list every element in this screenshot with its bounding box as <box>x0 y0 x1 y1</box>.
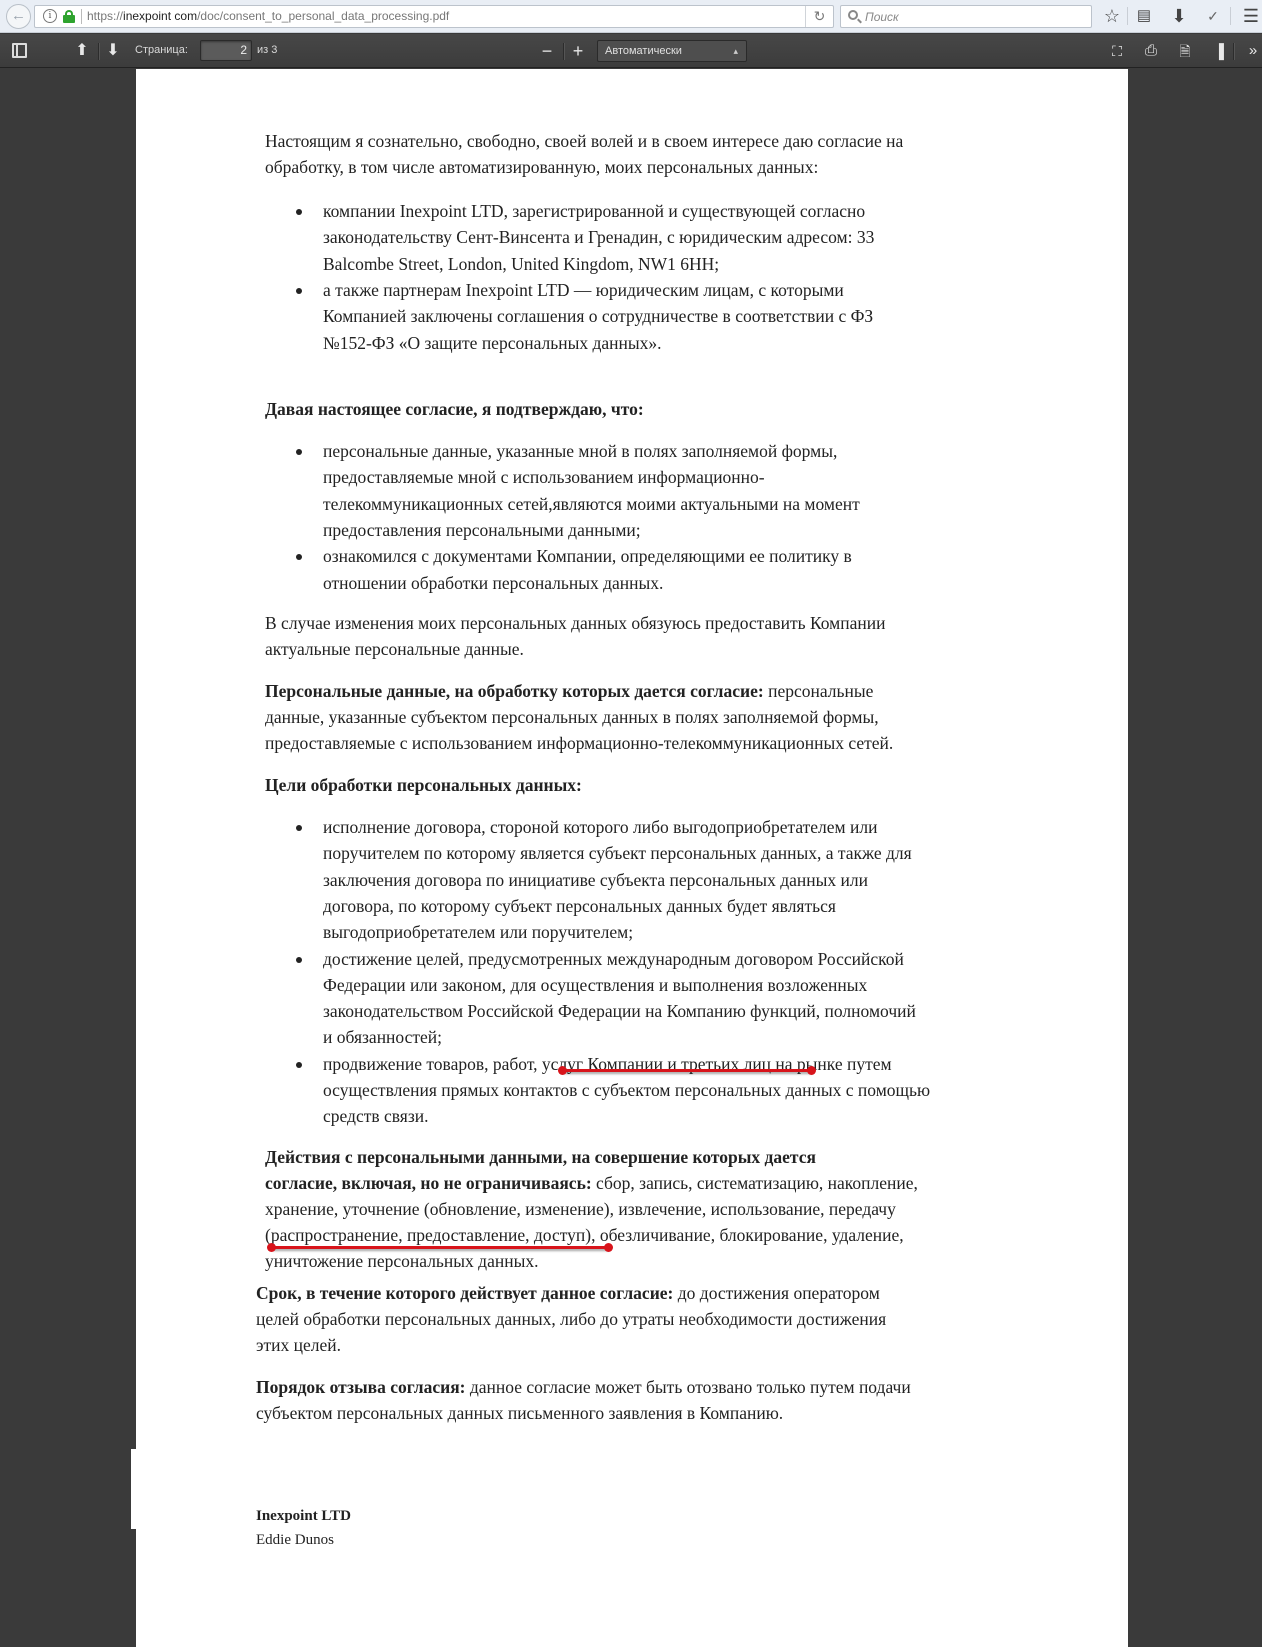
list-item: достижение целей, предусмотренных междун… <box>323 946 904 973</box>
list-item: Balcombe Street, London, United Kingdom,… <box>323 251 719 278</box>
list-item: отношении обработки персональных данных. <box>323 570 663 597</box>
list-item: исполнение договора, стороной которого л… <box>323 814 877 841</box>
pdf-viewer[interactable]: Настоящим я сознательно, свободно, своей… <box>0 69 1262 1647</box>
signature-name: Eddie Dunos <box>256 1532 334 1549</box>
pdf-page: Настоящим я сознательно, свободно, своей… <box>136 69 1128 1647</box>
menu-icon[interactable]: ☰ <box>1240 5 1262 27</box>
previous-page-icon[interactable]: ⬆ <box>72 41 92 61</box>
list-item: поручителем по которому является субъект… <box>323 840 912 867</box>
zoom-in-button[interactable]: + <box>568 41 588 61</box>
divider <box>563 43 564 60</box>
paragraph-text: Персональные данные, на обработку которы… <box>265 678 873 705</box>
lock-icon <box>63 10 75 23</box>
divider <box>98 43 99 60</box>
paragraph-text: уничтожение персональных данных. <box>265 1248 538 1275</box>
page-label: Страница: <box>135 44 188 56</box>
reload-button[interactable]: ↻ <box>805 6 833 27</box>
list-item: №152-ФЗ «О защите персональных данных». <box>323 330 662 357</box>
paragraph-text: предоставляемые с использованием информа… <box>265 730 893 757</box>
tools-chevron-icon[interactable]: » <box>1243 41 1262 61</box>
paragraph-text: данные, указанные субъектом персональных… <box>265 704 879 731</box>
page-number-input[interactable]: 2 <box>200 40 252 61</box>
divider <box>1233 43 1234 60</box>
list-item: предоставления персональными данными; <box>323 517 641 544</box>
next-page-icon[interactable]: ⬇ <box>103 41 123 61</box>
pocket-icon[interactable]: ✓ <box>1202 5 1224 27</box>
list-item: ознакомился с документами Компании, опре… <box>323 543 852 570</box>
paragraph-text: актуальные персональные данные. <box>265 636 524 663</box>
red-underline-annotation <box>562 1069 812 1072</box>
sidebar-toggle-icon[interactable] <box>12 43 27 58</box>
zoom-select[interactable]: Автоматически▴ <box>597 40 747 62</box>
paragraph-text: хранение, уточнение (обновление, изменен… <box>265 1196 896 1223</box>
list-item: выгодоприобретателем или поручителем; <box>323 919 633 946</box>
list-item: законодательству Сент-Винсента и Гренади… <box>323 224 874 251</box>
divider <box>1230 7 1231 25</box>
fullscreen-icon[interactable]: ⛶ <box>1107 41 1127 61</box>
signature-company: Inexpoint LTD <box>256 1508 351 1525</box>
list-item: заключения договора по инициативе субъек… <box>323 867 868 894</box>
section-heading: Давая настоящее согласие, я подтверждаю,… <box>265 396 644 423</box>
list-item: а также партнерам Inexpoint LTD — юридич… <box>323 277 844 304</box>
intro-text: Настоящим я сознательно, свободно, своей… <box>265 128 903 155</box>
search-icon <box>848 10 858 20</box>
reload-icon: ↻ <box>814 8 826 24</box>
search-input[interactable]: Поиск <box>840 5 1092 28</box>
paragraph-text: субъектом персональных данных письменног… <box>256 1400 783 1427</box>
list-item: осуществления прямых контактов с субъект… <box>323 1077 930 1104</box>
bullet-icon <box>296 825 302 831</box>
bullet-icon <box>296 209 302 215</box>
list-item: продвижение товаров, работ, услуг Компан… <box>323 1051 892 1078</box>
star-icon[interactable]: ☆ <box>1101 5 1123 27</box>
list-item: и обязанностей; <box>323 1024 442 1051</box>
list-item: законодательством Российской Федерации н… <box>323 998 916 1025</box>
divider <box>1127 7 1128 25</box>
paragraph-text: согласие, включая, но не ограничиваясь: … <box>265 1170 918 1197</box>
list-item: договора, по которому субъект персональн… <box>323 893 836 920</box>
bullet-icon <box>296 554 302 560</box>
pdf-toolbar: ⬆ ⬇ Страница: 2 из 3 − + Автоматически▴ … <box>0 34 1262 68</box>
intro-text: обработку, в том числе автоматизированну… <box>265 154 818 181</box>
paragraph-text: целей обработки персональных данных, либ… <box>256 1306 886 1333</box>
divider <box>81 9 82 24</box>
print-icon[interactable]: ⎙ <box>1141 41 1161 61</box>
bullet-icon <box>296 449 302 455</box>
red-underline-annotation <box>271 1246 609 1249</box>
url-bar[interactable]: i https://inexpoint com/doc/consent_to_p… <box>34 5 834 28</box>
info-icon[interactable]: i <box>43 9 57 23</box>
save-document-icon[interactable]: 🗎 <box>1175 41 1195 61</box>
section-heading: Действия с персональными данными, на сов… <box>265 1144 816 1171</box>
list-item: предоставляемые мной с использованием ин… <box>323 464 765 491</box>
bullet-icon <box>296 957 302 963</box>
bookmark-icon[interactable]: ▐ <box>1209 41 1229 61</box>
search-placeholder: Поиск <box>865 10 899 24</box>
paragraph-text: (распространение, предоставление, доступ… <box>265 1222 904 1249</box>
reading-list-icon[interactable]: ▤ <box>1133 5 1155 27</box>
section-heading: Цели обработки персональных данных: <box>265 772 582 799</box>
page-count: из 3 <box>257 44 277 56</box>
paragraph-text: этих целей. <box>256 1332 341 1359</box>
list-item: Федерации или законом, для осуществления… <box>323 972 867 999</box>
download-icon[interactable]: ⬇ <box>1168 5 1190 27</box>
list-item: телекоммуникационных сетей,являются моим… <box>323 491 860 518</box>
list-item: компании Inexpoint LTD, зарегистрированн… <box>323 198 865 225</box>
back-button[interactable]: ← <box>6 4 31 29</box>
back-arrow-icon: ← <box>11 7 26 24</box>
paragraph-text: Порядок отзыва согласия: данное согласие… <box>256 1374 911 1401</box>
paragraph-text: Срок, в течение которого действует данно… <box>256 1280 880 1307</box>
list-item: средств связи. <box>323 1103 429 1130</box>
url-text[interactable]: https://inexpoint com/doc/consent_to_per… <box>87 9 449 23</box>
zoom-out-button[interactable]: − <box>537 41 557 61</box>
list-item: персональные данные, указанные мной в по… <box>323 438 837 465</box>
paragraph-text: В случае изменения моих персональных дан… <box>265 610 885 637</box>
browser-navbar: ← i https://inexpoint com/doc/consent_to… <box>0 0 1262 33</box>
bullet-icon <box>296 288 302 294</box>
select-arrows-icon: ▴ <box>733 41 738 61</box>
list-item: Компанией заключены соглашения о сотрудн… <box>323 303 873 330</box>
bullet-icon <box>296 1062 302 1068</box>
